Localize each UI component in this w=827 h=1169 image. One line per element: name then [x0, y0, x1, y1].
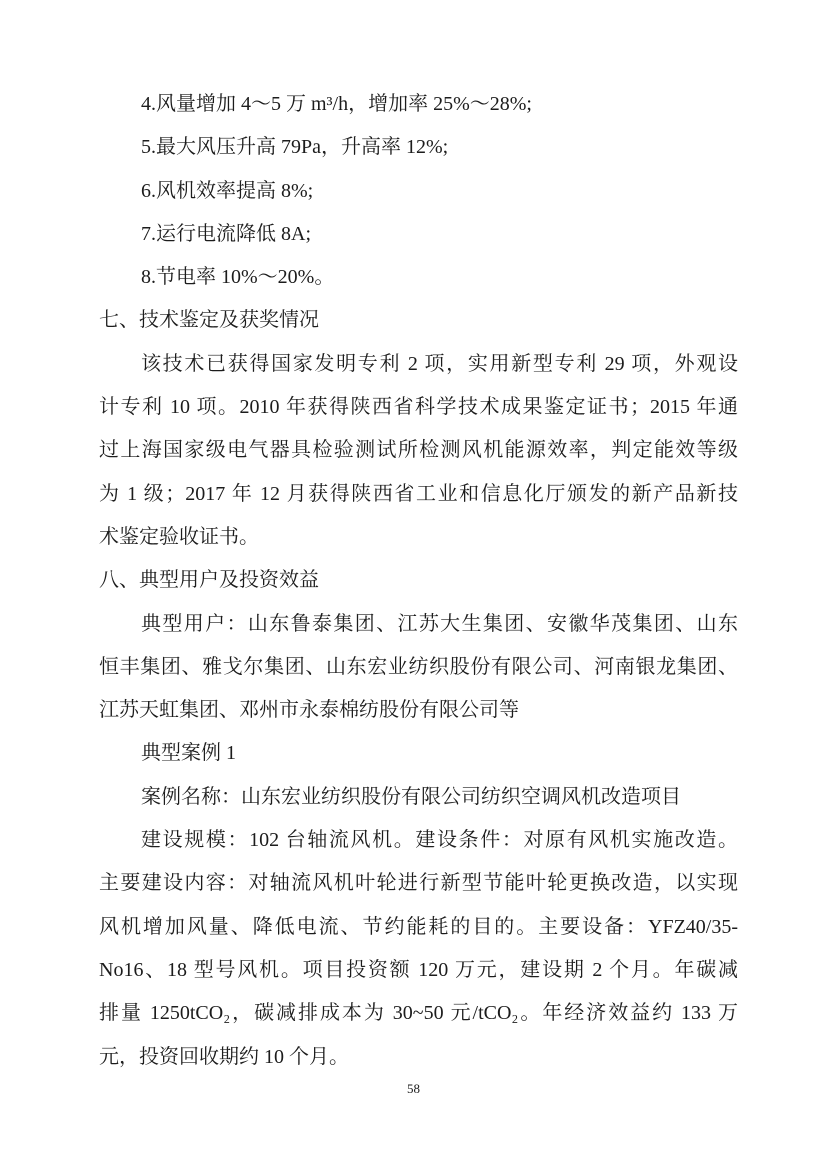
document-page: 4.风量增加 4～5 万 m³/h，增加率 25%～28%; 5.最大风压升高 … [0, 0, 827, 1169]
list-item-4: 4.风量增加 4～5 万 m³/h，增加率 25%～28%; [99, 83, 738, 126]
paragraph-line: 主要建设内容：对轴流风机叶轮进行新型节能叶轮更换改造，以实现 [99, 862, 738, 905]
paragraph-line: 术鉴定验收证书。 [99, 516, 738, 559]
paragraph-line: 为 1 级；2017 年 12 月获得陕西省工业和信息化厅颁发的新产品新技 [99, 473, 738, 516]
paragraph-line: 元，投资回收期约 10 个月。 [99, 1036, 738, 1079]
paragraph-line: No16、18 型号风机。项目投资额 120 万元，建设期 2 个月。年碳减 [99, 949, 738, 992]
section-heading-7: 七、技术鉴定及获奖情况 [99, 299, 738, 342]
list-item-5: 5.最大风压升高 79Pa，升高率 12%; [99, 126, 738, 169]
section-heading-8: 八、典型用户及投资效益 [99, 559, 738, 602]
page-number: 58 [0, 1081, 827, 1097]
paragraph-line: 恒丰集团、雅戈尔集团、山东宏业纺织股份有限公司、河南银龙集团、 [99, 646, 738, 689]
paragraph-line: 典型用户：山东鲁泰集团、江苏大生集团、安徽华茂集团、山东 [99, 603, 738, 646]
paragraph-line: 建设规模：102 台轴流风机。建设条件：对原有风机实施改造。 [99, 819, 738, 862]
paragraph-line: 排量 1250tCO₂，碳减排成本为 30~50 元/tCO₂。年经济效益约 1… [99, 992, 738, 1035]
paragraph-line: 该技术已获得国家发明专利 2 项，实用新型专利 29 项，外观设 [99, 343, 738, 386]
paragraph-line: 江苏天虹集团、邓州市永泰棉纺股份有限公司等 [99, 689, 738, 732]
paragraph-line: 典型案例 1 [99, 732, 738, 775]
list-item-6: 6.风机效率提高 8%; [99, 170, 738, 213]
list-item-7: 7.运行电流降低 8A; [99, 213, 738, 256]
paragraph-line: 风机增加风量、降低电流、节约能耗的目的。主要设备：YFZ40/35- [99, 906, 738, 949]
paragraph-line: 计专利 10 项。2010 年获得陕西省科学技术成果鉴定证书；2015 年通 [99, 386, 738, 429]
paragraph-line: 过上海国家级电气器具检验测试所检测风机能源效率，判定能效等级 [99, 429, 738, 472]
list-item-8: 8.节电率 10%～20%。 [99, 256, 738, 299]
paragraph-line: 案例名称：山东宏业纺织股份有限公司纺织空调风机改造项目 [99, 776, 738, 819]
document-body: 4.风量增加 4～5 万 m³/h，增加率 25%～28%; 5.最大风压升高 … [99, 83, 738, 1079]
